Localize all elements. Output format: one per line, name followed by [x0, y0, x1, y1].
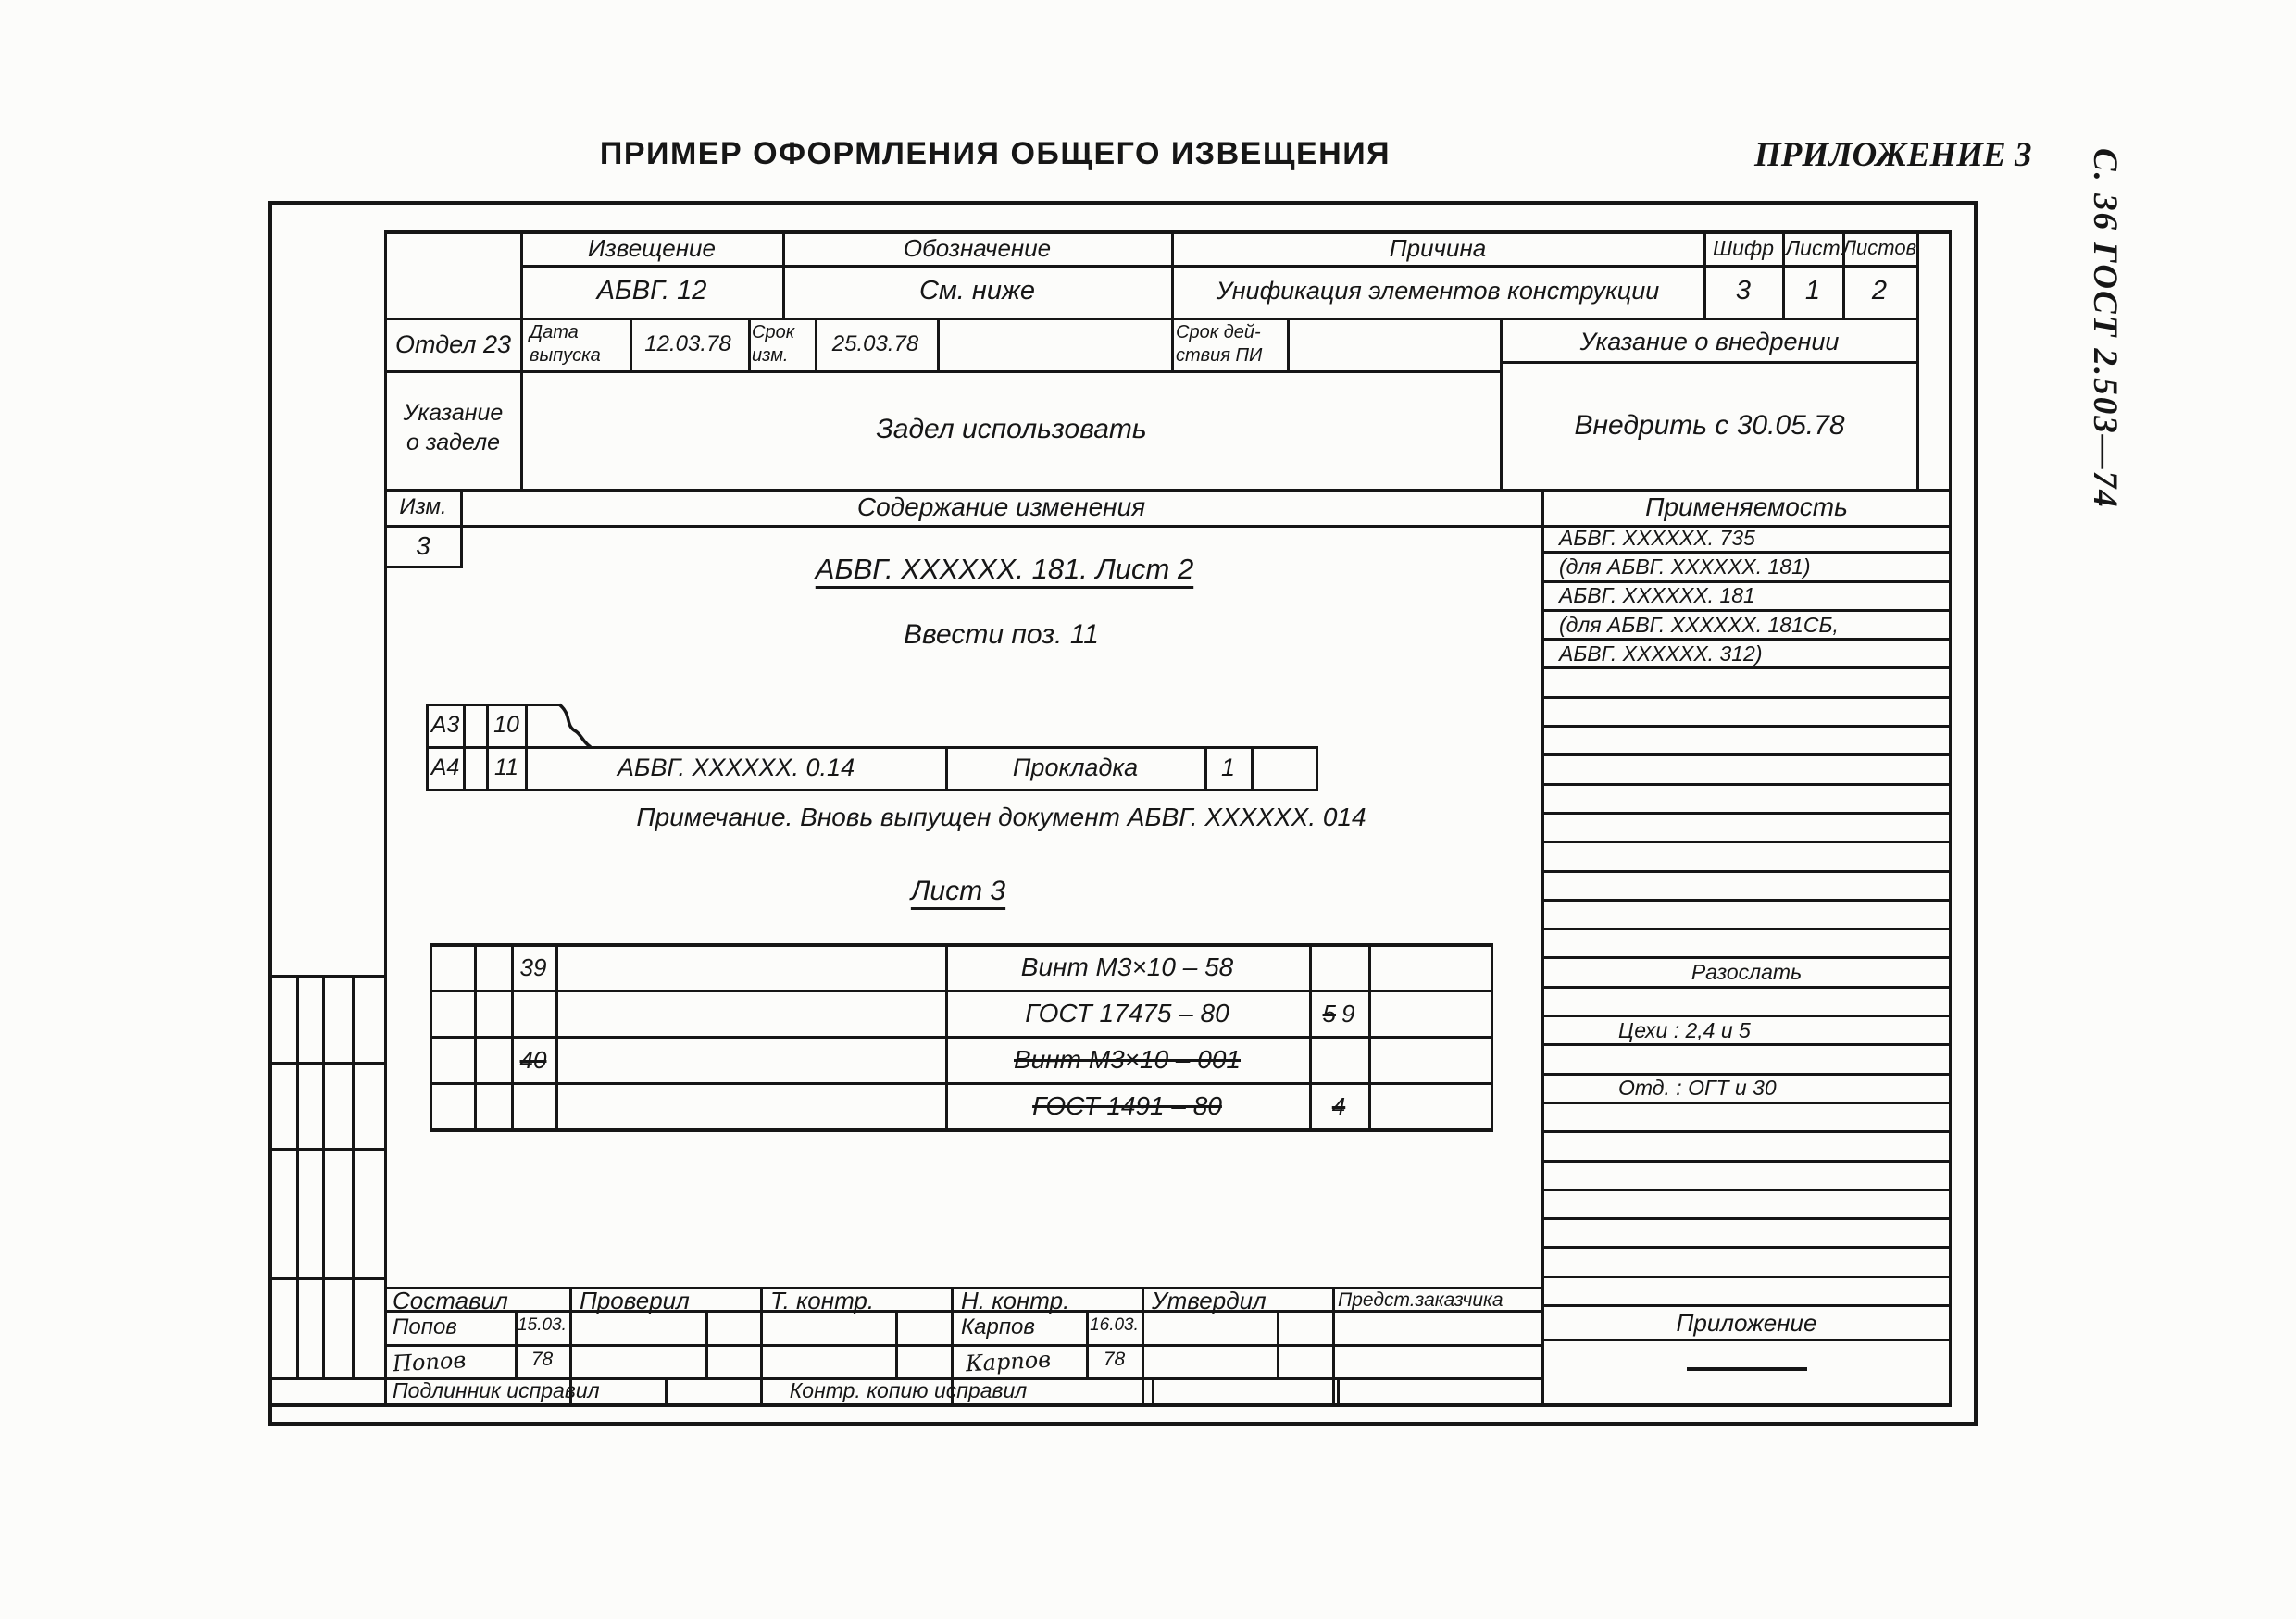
usage-row — [1544, 989, 1949, 1017]
form-line — [1703, 230, 1706, 318]
form-line — [268, 1403, 1952, 1407]
form-line — [384, 318, 1919, 320]
change-term-value: 25.03.78 — [817, 324, 933, 365]
usage-row: (для АБВГ. ХХХХХХ. 181) — [1544, 554, 1949, 582]
sheet3-row2-qty: 5 9 — [1311, 995, 1366, 1032]
qty-old-struck: 5 — [1323, 1000, 1336, 1028]
usage-row: АБВГ. ХХХХХХ. 735 — [1544, 525, 1949, 554]
reserve-label-2: о заделе — [387, 428, 519, 457]
a4-format: А4 — [428, 748, 463, 787]
usage-row — [1544, 1250, 1949, 1278]
notice-value: АБВГ. 12 — [523, 271, 780, 310]
usage-row — [1544, 670, 1949, 699]
composed-date-bottom: 78 — [517, 1347, 568, 1373]
page-title: ПРИМЕР ОФОРМЛЕНИЯ ОБЩЕГО ИЗВЕЩЕНИЯ — [463, 131, 1528, 176]
sheets-value: 2 — [1843, 271, 1915, 310]
usage-row — [1544, 1220, 1949, 1249]
form-line — [384, 1287, 1544, 1289]
form-line — [384, 1310, 1544, 1313]
form-line — [384, 370, 1503, 373]
usage-row — [1544, 1191, 1949, 1220]
usage-row — [1544, 843, 1949, 872]
form-line — [268, 975, 387, 978]
usage-row — [1544, 1278, 1949, 1307]
original-corrected-label: Подлинник исправил — [393, 1379, 661, 1401]
form-line — [1916, 230, 1919, 489]
form-line — [1500, 318, 1503, 489]
form-line — [815, 318, 817, 370]
form-line — [322, 975, 325, 1380]
form-line — [460, 489, 463, 567]
sheet3-row4-qty-struck: 4 — [1311, 1088, 1366, 1125]
sheet3-row2-name: ГОСТ 17475 – 80 — [948, 995, 1306, 1032]
form-line — [430, 1036, 1493, 1039]
qty-new: 9 — [1341, 1000, 1354, 1028]
form-line — [937, 318, 940, 370]
form-line — [520, 230, 523, 489]
usage-row — [1544, 756, 1949, 785]
a4-designation: АБВГ. ХХХХХХ. 0.14 — [528, 748, 944, 787]
form-line — [268, 1277, 387, 1280]
form-line — [1541, 489, 1544, 1403]
form-line — [430, 943, 1493, 947]
form-line — [1500, 361, 1919, 364]
form-line — [268, 1377, 1544, 1380]
composed-name: Попов — [393, 1314, 511, 1341]
form-line — [426, 704, 560, 706]
form-line — [426, 789, 1318, 791]
designation-header: Обозначение — [785, 233, 1169, 263]
a4-qty: 1 — [1207, 748, 1249, 787]
change-term-label-1: Срок — [752, 321, 813, 344]
form-line — [1316, 746, 1318, 789]
usage-row — [1544, 1046, 1949, 1075]
control-copy-corrected-label: Контр. копию исправил — [668, 1379, 1149, 1401]
sheet3-row3-pos-struck: 40 — [513, 1041, 554, 1078]
sheet3-row4-name-struck: ГОСТ 1491 – 80 — [948, 1088, 1306, 1125]
form-line — [1337, 1377, 1340, 1403]
form-line — [1287, 318, 1290, 370]
sheet3-title: Лист 3 — [880, 872, 1037, 911]
reserve-value: Задел использовать — [523, 409, 1500, 450]
izm-value: 3 — [387, 527, 459, 566]
a4-name: Прокладка — [948, 748, 1203, 787]
validity-label-1: Срок дей- — [1176, 321, 1285, 344]
form-line — [352, 975, 355, 1380]
usage-row — [1544, 930, 1949, 959]
composed-date-top: 15.03. — [517, 1313, 568, 1339]
usage-row — [1544, 902, 1949, 930]
notice-header: Извещение — [523, 233, 780, 263]
issue-date-value: 12.03.78 — [632, 324, 743, 365]
form-line — [1204, 746, 1207, 789]
form-line — [1171, 230, 1174, 370]
a4-pos: 11 — [488, 748, 525, 787]
form-line — [630, 318, 632, 370]
form-line — [1152, 1377, 1154, 1403]
form-line — [665, 1377, 668, 1403]
form-line — [748, 318, 751, 370]
department-label: Отдел 23 — [387, 324, 519, 365]
content-header: Содержание изменения — [463, 492, 1540, 523]
code-header: Шифр — [1706, 233, 1780, 263]
form-line — [268, 1062, 387, 1065]
usage-row: Цехи : 2,4 и 5 — [1544, 1017, 1949, 1046]
usage-row — [1544, 786, 1949, 815]
form-line — [430, 990, 1493, 992]
torn-edge-icon — [555, 702, 600, 750]
ncontrol-date-top: 16.03. — [1089, 1313, 1140, 1339]
gost-reference: С. 36 ГОСТ 2.503—74 — [2085, 148, 2125, 555]
sheet2-title: АБВГ. ХХХХХХ. 181. Лист 2 — [782, 550, 1227, 589]
reason-value: Унификация элементов конструкции — [1174, 268, 1702, 313]
sheets-header: Листов — [1843, 233, 1915, 263]
ncontrol-name: Карпов — [961, 1314, 1081, 1341]
change-term-label-2: изм. — [752, 344, 813, 367]
sheet3-row1-name: Винт М3×10 – 58 — [948, 949, 1306, 986]
implementation-header: Указание о внедрении — [1503, 322, 1916, 361]
form-line — [426, 746, 1318, 749]
ncontrol-date-bottom: 78 — [1089, 1347, 1140, 1373]
izm-header: Изм. — [387, 492, 459, 523]
form-line — [384, 230, 387, 1403]
appendix-underline — [1687, 1367, 1807, 1371]
usage-row: Разослать — [1544, 960, 1949, 989]
usage-row: Отд. : ОГТ и 30 — [1544, 1076, 1949, 1104]
document-page: ПРИМЕР ОФОРМЛЕНИЯ ОБЩЕГО ИЗВЕЩЕНИЯ ПРИЛО… — [0, 0, 2296, 1619]
note-line: Примечание. Вновь выпущен документ АБВГ.… — [463, 800, 1540, 835]
usage-row — [1544, 699, 1949, 728]
form-line — [384, 525, 1952, 528]
usage-header: Применяемость — [1544, 492, 1949, 523]
issue-date-label-2: выпуска — [530, 344, 630, 367]
usage-row — [1544, 1104, 1949, 1133]
a3-pos: 10 — [488, 705, 525, 744]
a3-format: А3 — [428, 705, 463, 744]
usage-row — [1544, 728, 1949, 756]
usage-row — [1544, 1133, 1949, 1162]
usage-row — [1544, 1163, 1949, 1191]
form-line — [384, 489, 1952, 492]
issue-date-label-1: Дата — [530, 321, 630, 344]
sheet3-row3-name-struck: Винт М3×10 – 001 — [948, 1041, 1306, 1078]
form-line — [1949, 230, 1952, 1403]
form-line — [1842, 230, 1845, 318]
reason-header: Причина — [1174, 233, 1702, 263]
form-line — [296, 975, 299, 1380]
introduce-line: Ввести поз. 11 — [463, 616, 1540, 654]
reserve-label-1: Указание — [387, 398, 519, 428]
form-line — [430, 1082, 1493, 1085]
form-line — [1251, 746, 1254, 789]
form-line — [384, 230, 1952, 234]
appendix-label: Приложение — [1544, 1307, 1949, 1341]
sheet-value: 1 — [1785, 271, 1841, 310]
form-line — [945, 746, 948, 789]
form-line — [268, 1148, 387, 1151]
form-line — [430, 1128, 1493, 1132]
usage-row — [1544, 873, 1949, 902]
form-line — [1782, 230, 1785, 318]
usage-row: АБВГ. ХХХХХХ. 312) — [1544, 641, 1949, 669]
usage-row: АБВГ. ХХХХХХ. 181 — [1544, 583, 1949, 612]
usage-column: АБВГ. ХХХХХХ. 735(для АБВГ. ХХХХХХ. 181)… — [1544, 525, 1949, 1308]
validity-label-2: ствия ПИ — [1176, 344, 1285, 367]
designation-value: См. ниже — [785, 271, 1169, 310]
annex-label: ПРИЛОЖЕНИЕ 3 — [1754, 133, 2074, 176]
usage-row — [1544, 815, 1949, 843]
sheet-header: Лист — [1785, 233, 1841, 263]
form-line — [520, 265, 1919, 268]
form-line — [384, 566, 463, 568]
form-line — [782, 230, 785, 318]
sheet3-row1-pos: 39 — [513, 949, 554, 986]
code-value: 3 — [1706, 271, 1780, 310]
implementation-value: Внедрить с 30.05.78 — [1503, 405, 1916, 446]
usage-row: (для АБВГ. ХХХХХХ. 181СБ, — [1544, 612, 1949, 641]
form-line — [384, 1344, 1544, 1347]
